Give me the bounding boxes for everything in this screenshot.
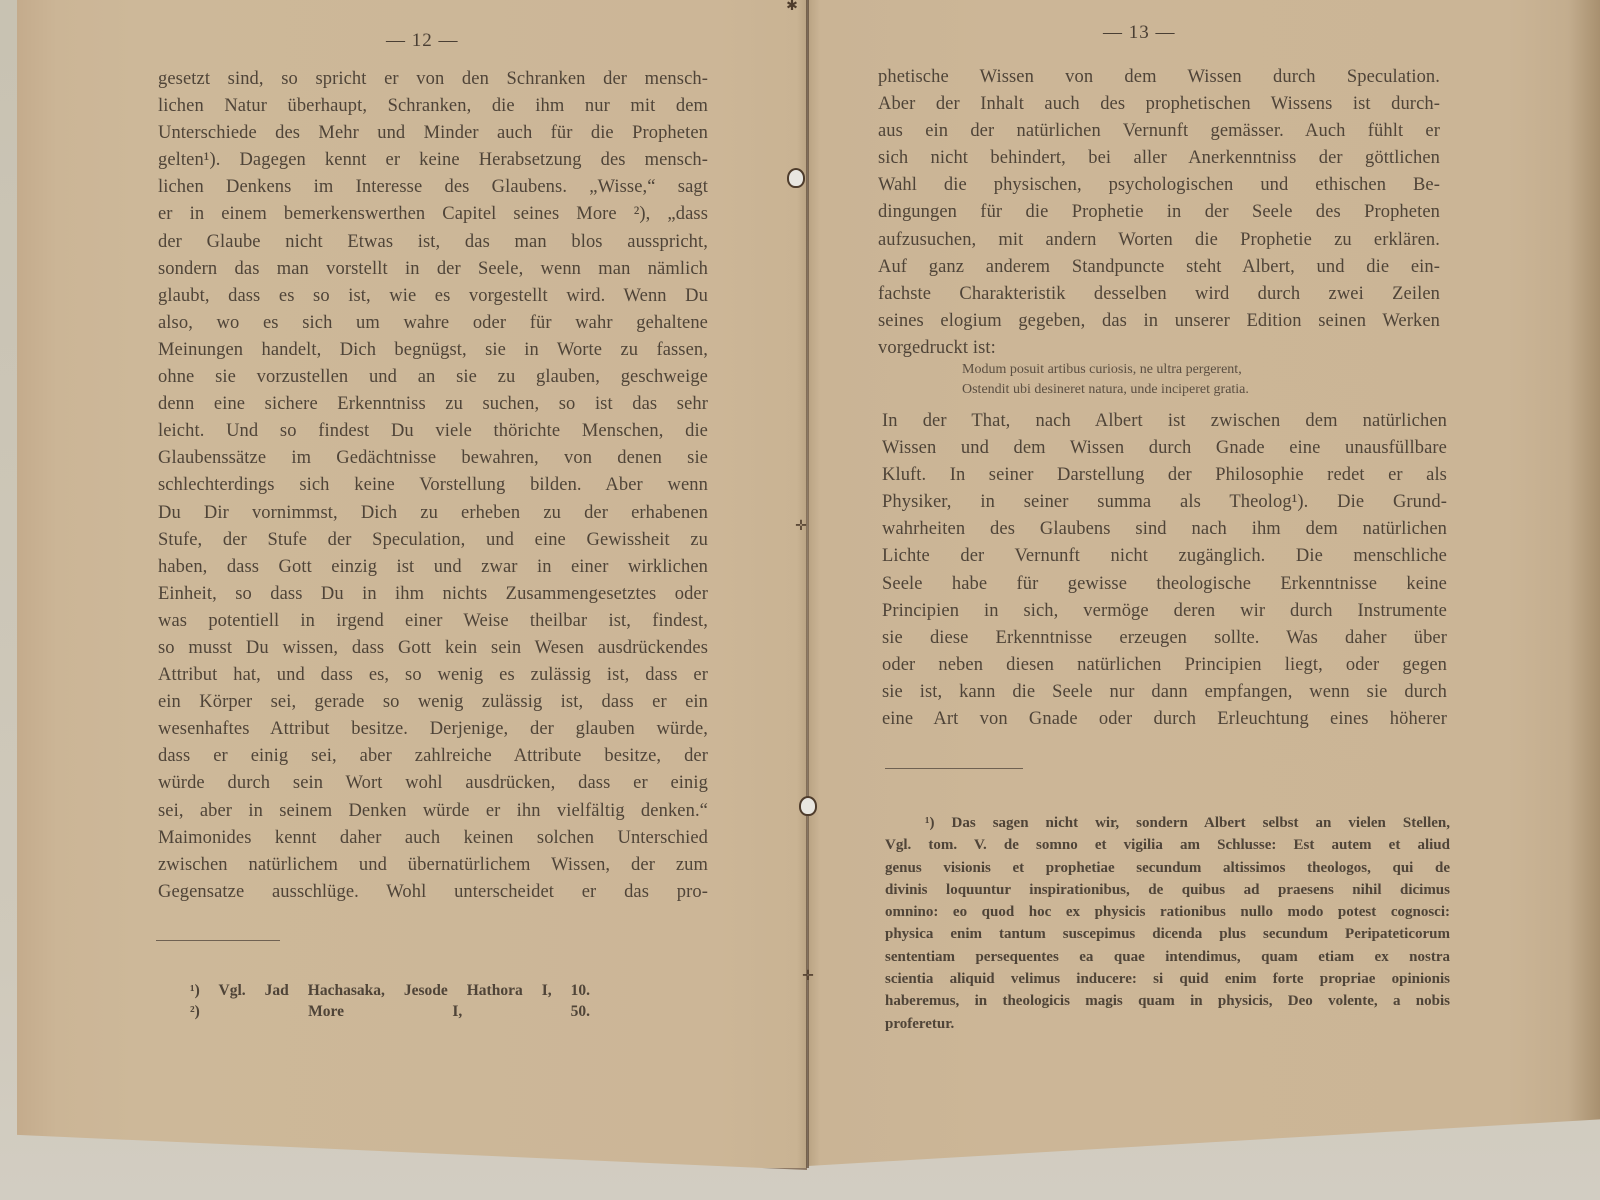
right-page-footnotes: ¹) Das sagen nicht wir, sondern Albert s…: [885, 812, 1450, 1035]
text-line: vorgedruckt ist:: [878, 335, 1440, 362]
text-line: Einheit, so dass Du in ihm nichts Zusamm…: [158, 581, 708, 608]
text-line: zwischen natürlichem und übernatürlichem…: [158, 852, 708, 879]
text-line: Seele habe für gewisse theologische Erke…: [882, 571, 1447, 598]
footnote: ¹) Vgl. Jad Hachasaka, Jesode Hathora I,…: [190, 980, 590, 1001]
footnote-line: proferetur.: [885, 1013, 1450, 1035]
right-page-body-bottom: In der That, nach Albert ist zwischen de…: [882, 408, 1447, 733]
text-line: Principien in sich, vermöge deren wir du…: [882, 598, 1447, 625]
text-line: Maimonides kennt daher auch keinen solch…: [158, 825, 708, 852]
text-line: was potentiell in irgend einer Weise the…: [158, 608, 708, 635]
text-line: der Glaube nicht Etwas ist, das man blos…: [158, 229, 708, 256]
quote-line: Ostendit ubi desineret natura, unde inci…: [962, 380, 1249, 400]
text-line: er in einem bemerkenswerthen Capitel sei…: [158, 201, 708, 228]
latin-quote: Modum posuit artibus curiosis, ne ultra …: [962, 360, 1249, 400]
footnote-line: omnino: eo quod hoc ex physicis rationib…: [885, 901, 1450, 923]
text-line: glaubt, dass es so ist, wie es vorgestel…: [158, 283, 708, 310]
text-line: seines elogium gegeben, das in unserer E…: [878, 308, 1440, 335]
text-line: Wahl die physischen, psychologischen und…: [878, 172, 1440, 199]
footnote-line: physica enim tantum suscepimus dicenda p…: [885, 923, 1450, 945]
text-line: denn eine sichere Erkenntniss zu suchen,…: [158, 391, 708, 418]
text-line: lichen Denkens im Interesse des Glaubens…: [158, 174, 708, 201]
left-page-footnotes: ¹) Vgl. Jad Hachasaka, Jesode Hathora I,…: [190, 980, 590, 1022]
text-line: Wissen und dem Wissen durch Gnade eine u…: [882, 435, 1447, 462]
text-line: sie ist, kann die Seele nur dann empfang…: [882, 679, 1447, 706]
text-line: dingungen für die Prophetie in der Seele…: [878, 199, 1440, 226]
book-gutter: [806, 0, 809, 1168]
footnote-rule-left: [156, 940, 280, 941]
binding-hole-icon: [787, 168, 805, 188]
right-page-body-top: phetische Wissen von dem Wissen durch Sp…: [878, 64, 1440, 362]
footnote-line: divinis loquuntur inspirationibus, de qu…: [885, 879, 1450, 901]
footnote-line: ¹) Das sagen nicht wir, sondern Albert s…: [885, 812, 1450, 834]
text-line: gesetzt sind, so spricht er von den Schr…: [158, 66, 708, 93]
text-line: Meinungen handelt, Dich begnügst, sie in…: [158, 337, 708, 364]
text-line: sei, aber in seinem Denken würde er ihn …: [158, 798, 708, 825]
text-line: wesenhaftes Attribut besitze. Derjenige,…: [158, 716, 708, 743]
text-line: Aber der Inhalt auch des prophetischen W…: [878, 91, 1440, 118]
text-line: In der That, nach Albert ist zwischen de…: [882, 408, 1447, 435]
text-line: sie diese Erkenntnisse erzeugen sollte. …: [882, 625, 1447, 652]
text-line: Attribut hat, und dass es, so wenig es z…: [158, 662, 708, 689]
footnote-line: sententiam persequentes ea quae intendim…: [885, 946, 1450, 968]
text-line: aus ein der natürlichen Vernunft gemässe…: [878, 118, 1440, 145]
text-line: fachste Charakteristik desselben wird du…: [878, 281, 1440, 308]
text-line: Lichte der Vernunft nicht zugänglich. Di…: [882, 543, 1447, 570]
text-line: Unterschiede des Mehr und Minder auch fü…: [158, 120, 708, 147]
text-line: leicht. Und so findest Du viele thöricht…: [158, 418, 708, 445]
footnote-line: genus visionis et prophetiae secundum al…: [885, 857, 1450, 879]
text-line: Stufe, der Stufe der Speculation, und ei…: [158, 527, 708, 554]
text-line: haben, dass Gott einzig ist und zwar in …: [158, 554, 708, 581]
text-line: also, wo es sich um wahre oder für wahr …: [158, 310, 708, 337]
text-line: ohne sie vorzustellen und an sie zu glau…: [158, 364, 708, 391]
text-line: Physiker, in seiner summa als Theolog¹).…: [882, 489, 1447, 516]
page-number-right: — 13 —: [1103, 22, 1176, 44]
binding-thread-icon: ✛: [801, 970, 815, 984]
footnote-line: Vgl. tom. V. de somno et vigilia am Schl…: [885, 834, 1450, 856]
text-line: dass er einig sei, aber zahlreiche Attri…: [158, 743, 708, 770]
text-line: würde durch sein Wort wohl ausdrücken, d…: [158, 770, 708, 797]
text-line: Kluft. In seiner Darstellung der Philoso…: [882, 462, 1447, 489]
text-line: so musst Du wissen, dass Gott kein sein …: [158, 635, 708, 662]
footnote-rule-right: [885, 768, 1023, 769]
text-line: lichen Natur überhaupt, Schranken, die i…: [158, 93, 708, 120]
text-line: sondern das man vorstellt in der Seele, …: [158, 256, 708, 283]
text-line: schlechterdings sich keine Vorstellung b…: [158, 472, 708, 499]
binding-thread-icon: ✛: [794, 520, 808, 534]
text-line: gelten¹). Dagegen kennt er keine Herabse…: [158, 147, 708, 174]
binding-hole-icon: [799, 796, 817, 816]
text-line: Du Dir vornimmst, Dich zu erheben zu der…: [158, 500, 708, 527]
text-line: aufzusuchen, mit andern Worten die Proph…: [878, 227, 1440, 254]
text-line: Gegensatze ausschlüge. Wohl unterscheide…: [158, 879, 708, 906]
footnote-line: haberemus, in theologicis magis quam in …: [885, 990, 1450, 1012]
text-line: phetische Wissen von dem Wissen durch Sp…: [878, 64, 1440, 91]
text-line: Auf ganz anderem Standpuncte steht Alber…: [878, 254, 1440, 281]
text-line: oder neben diesen natürlichen Principien…: [882, 652, 1447, 679]
footnote-line: scientia aliquid velimus inducere: si qu…: [885, 968, 1450, 990]
text-line: eine Art von Gnade oder durch Erleuchtun…: [882, 706, 1447, 733]
text-line: wahrheiten des Glaubens sind nach ihm de…: [882, 516, 1447, 543]
page-number-left: — 12 —: [386, 30, 459, 52]
quote-line: Modum posuit artibus curiosis, ne ultra …: [962, 360, 1249, 380]
text-line: Glaubenssätze im Gedächtnisse bewahren, …: [158, 445, 708, 472]
binding-thread-icon: ✱: [785, 0, 799, 14]
text-line: ein Körper sei, gerade so wenig zulässig…: [158, 689, 708, 716]
text-line: sich nicht behindert, bei aller Anerkenn…: [878, 145, 1440, 172]
left-page-body: gesetzt sind, so spricht er von den Schr…: [158, 66, 708, 906]
footnote: ²) More I, 50.: [190, 1001, 590, 1022]
